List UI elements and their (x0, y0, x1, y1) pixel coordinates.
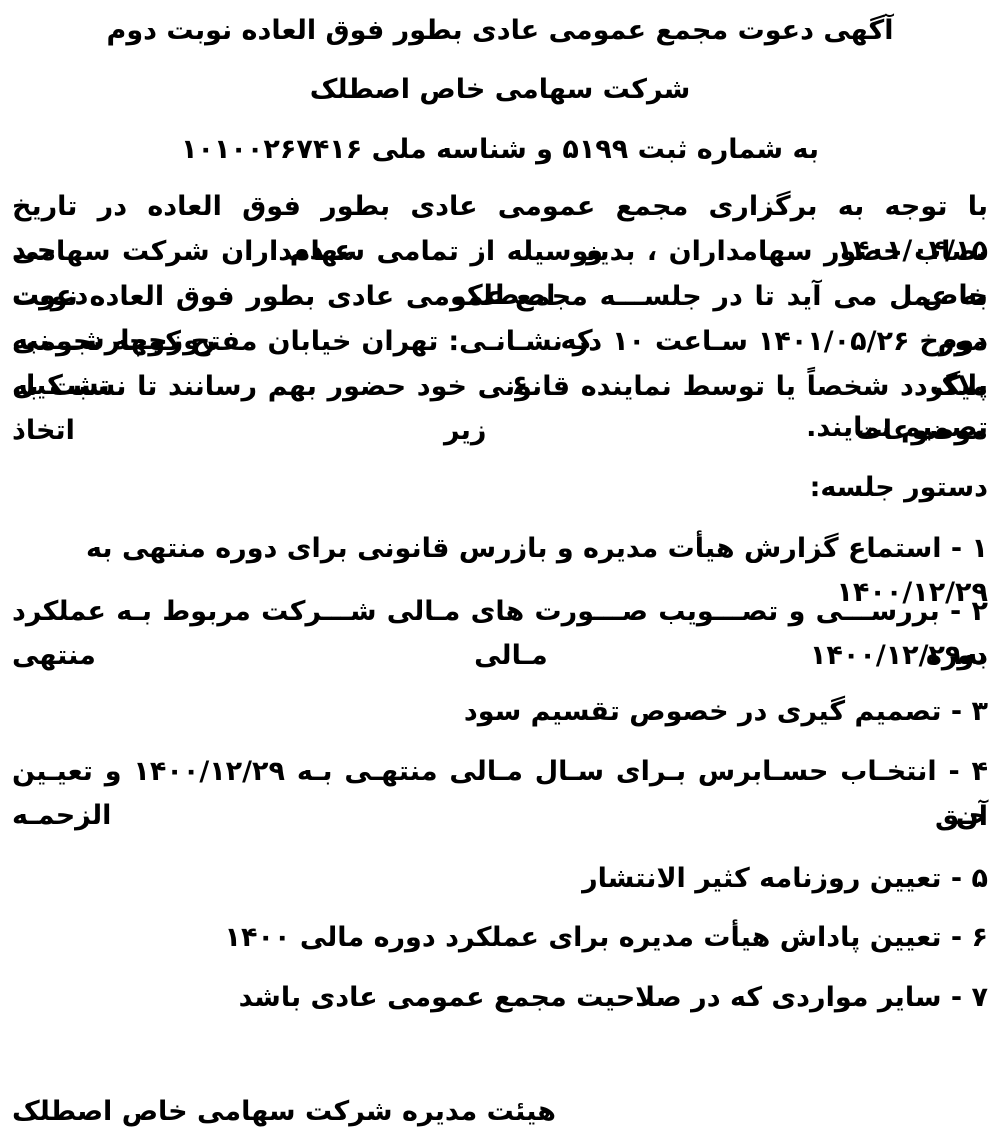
body-line-4: مورخ ۱۴۰۱/۰۵/۲۶ سـاعت ۱۰ در نشـانـی: تهر… (12, 320, 988, 364)
agenda-item-5: ۵ - تعیین روزنامه کثیر الانتشار (12, 857, 988, 901)
agenda-item-4: ۴ - انتخـاب حسـابرس بـرای سـال مـالی منت… (12, 750, 988, 794)
agenda-item-2-continuation: به۱۴۰۰/۱۲/۲۹ (12, 634, 988, 678)
agenda-item-1: ۱ - استماع گزارش هیأت مدیره و بازرس قانو… (12, 527, 988, 571)
agenda-item-3: ۳ - تصمیم گیری در خصوص تقسیم سود (12, 690, 988, 734)
company-name: شرکت سهامی خاص اصطلک (12, 68, 988, 112)
notice-document: آگهی دعوت مجمع عمومی عادی بطور فوق العاد… (0, 0, 1000, 1139)
body-line-6: تصمیم نمایند. (12, 406, 988, 450)
agenda-heading: دستور جلسه: (12, 466, 988, 510)
agenda-item-2: ۲ - بررســـی و تصـــویب صـــورت های مـال… (12, 590, 988, 634)
registration-info: به شماره ثبت ۵۱۹۹ و شناسه ملی ۱۰۱۰۰۲۶۷۴۱… (12, 128, 988, 172)
body-line-1: با توجه به برگزاری مجمع عمومی عادی بطور … (12, 185, 988, 229)
agenda-item-4-continuation: آن (12, 795, 988, 839)
body-line-5: میگردد شخصاً یا توسط نماینده قانونی خود … (12, 365, 988, 409)
notice-title: آگهی دعوت مجمع عمومی عادی بطور فوق العاد… (12, 9, 988, 53)
body-line-2: نصاب حضور سهامداران ، بدینوسیله از تمامی… (12, 230, 988, 274)
agenda-item-7: ۷ - سایر مواردی که در صلاحیت مجمع عمومی … (12, 976, 988, 1020)
body-line-3: به عمل می آید تا در جلســـه مجمع عمومی ع… (12, 275, 988, 319)
agenda-item-6: ۶ - تعیین پاداش هیأت مدیره برای عملکرد د… (12, 916, 988, 960)
signature-line: هیئت مدیره شرکت سهامی خاص اصطلک (12, 1090, 988, 1134)
